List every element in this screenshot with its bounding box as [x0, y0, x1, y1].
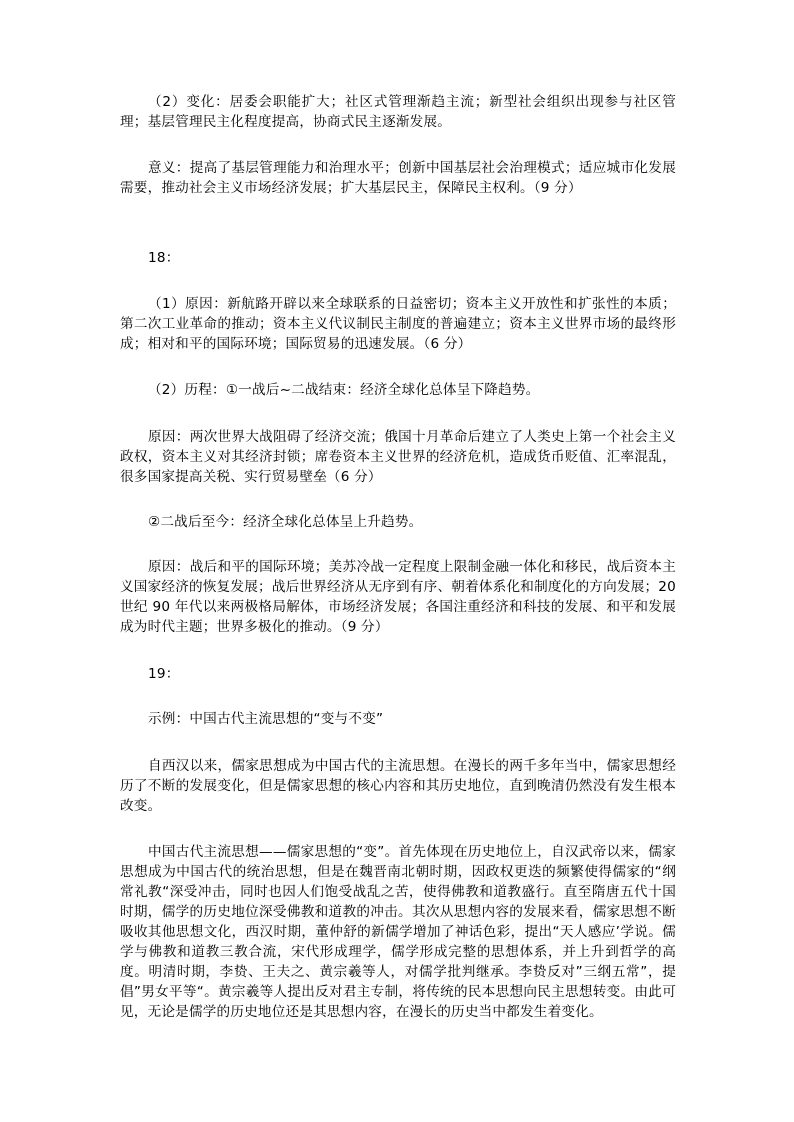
answer-19-example-title: 示例：中国古代主流思想的“变与不变” — [120, 709, 676, 729]
answer-18-2-stage2-reason: 原因：战后和平的国际环境；美苏冷战一定程度上限制金融一体化和移民，战后资本主义国… — [120, 557, 676, 637]
answer-18-2-stage1: （2）历程：①一战后~二战结束：经济全球化总体呈下降趋势。 — [120, 380, 676, 400]
question-number-18: 18： — [120, 248, 676, 268]
answer-17-2-change: （2）变化：居委会职能扩大；社区式管理渐趋主流；新型社会组织出现参与社区管理；基… — [120, 92, 676, 132]
question-number-19: 19： — [120, 664, 676, 684]
answer-18-1: （1）原因：新航路开辟以来全球联系的日益密切；资本主义开放性和扩张性的本质；第二… — [120, 294, 676, 354]
answer-19-paragraph-1: 自西汉以来，儒家思想成为中国古代的主流思想。在漫长的两千多年当中，儒家思想经历了… — [120, 756, 676, 816]
answer-18-2-stage2: ②二战后至今：经济全球化总体呈上升趋势。 — [120, 512, 676, 532]
answer-19-paragraph-2: 中国古代主流思想——儒家思想的“变”。首先体现在历史地位上，自汉武帝以来，儒家思… — [120, 842, 676, 1022]
answer-17-2-significance: 意义：提高了基层管理能力和治理水平；创新中国基层社会治理模式；适应城市化发展需要… — [120, 158, 676, 198]
answer-18-2-stage1-reason: 原因：两次世界大战阻碍了经济交流；俄国十月革命后建立了人类史上第一个社会主义政权… — [120, 427, 676, 487]
